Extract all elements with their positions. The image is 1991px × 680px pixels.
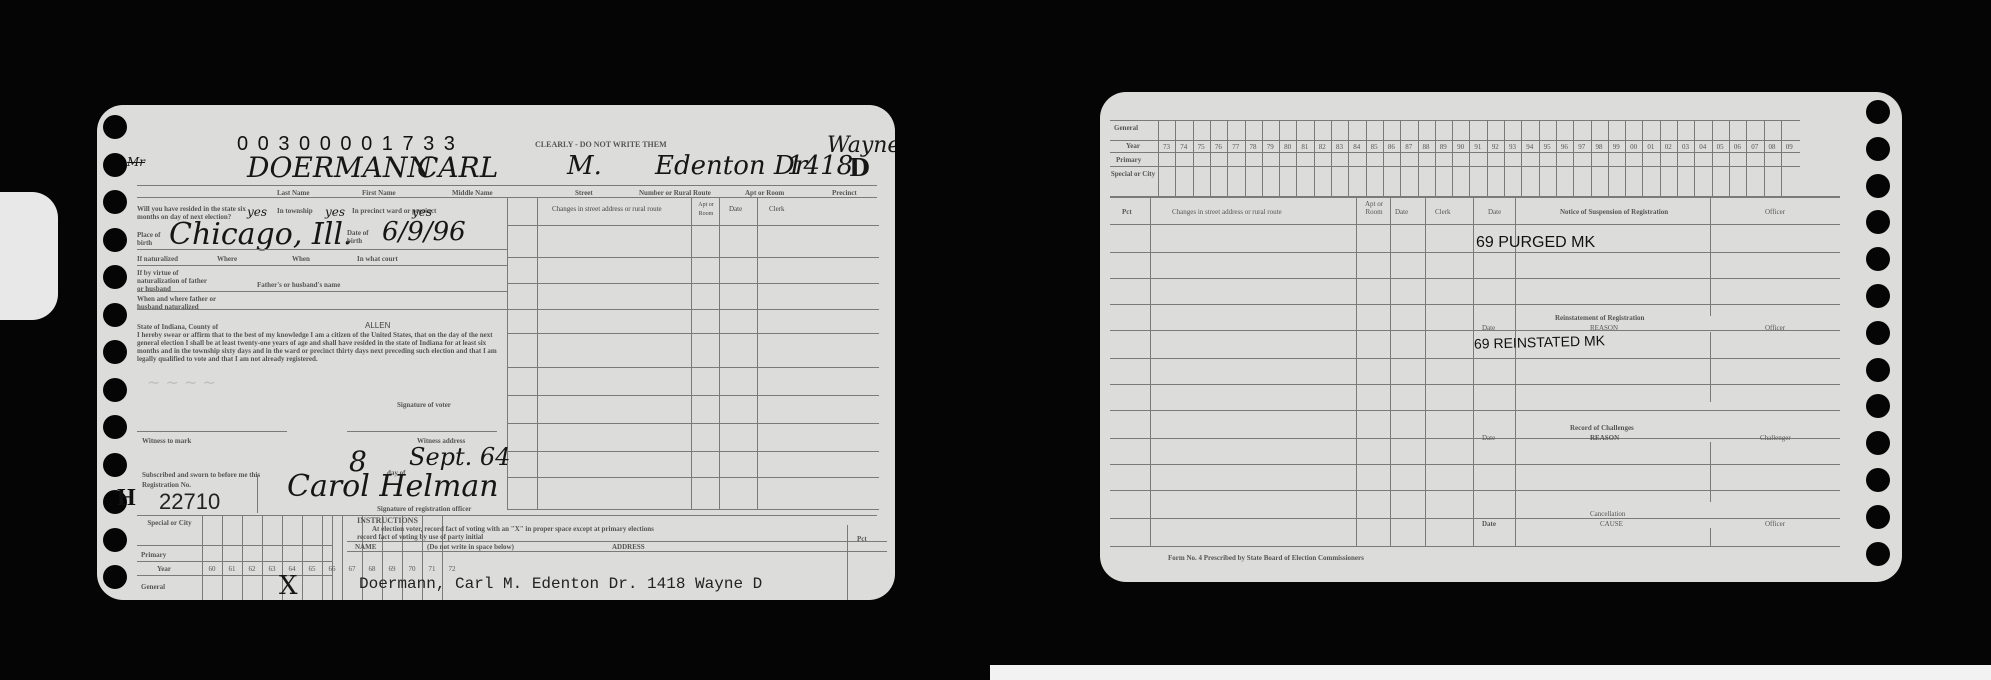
grid-year-label: 79 bbox=[1262, 143, 1279, 151]
row-divider bbox=[1110, 358, 1840, 359]
row-divider bbox=[1110, 278, 1840, 279]
challenges-header-reason: REASON bbox=[1590, 434, 1619, 442]
punch-hole-icon bbox=[1866, 542, 1890, 566]
grid-year-label: 71 bbox=[422, 565, 442, 573]
row-divider bbox=[1110, 224, 1840, 225]
punch-hole-icon bbox=[1866, 394, 1890, 418]
grid-col-divider bbox=[1660, 120, 1661, 196]
grid-year-label: 96 bbox=[1556, 143, 1573, 151]
grid-col-divider bbox=[202, 515, 203, 600]
cancellation-header-officer: Officer bbox=[1765, 520, 1785, 528]
grid-label-general: General bbox=[141, 583, 165, 591]
suspension-entry: 69 PURGED MK bbox=[1476, 234, 1595, 252]
label-number: Number or Rural Route bbox=[639, 189, 711, 197]
changes-header-apt: Apt or Room bbox=[1358, 200, 1390, 216]
row-divider bbox=[507, 451, 879, 452]
grid-col-divider bbox=[1158, 120, 1159, 196]
grid-col-divider bbox=[1487, 120, 1488, 196]
grid-col-divider bbox=[1746, 120, 1747, 196]
label-date-of-birth: Date of birth bbox=[347, 229, 377, 245]
punch-hole-icon bbox=[103, 340, 127, 364]
grid-year-label: 72 bbox=[442, 565, 462, 573]
label-place-of-birth: Place of birth bbox=[137, 231, 167, 247]
grid-col-divider bbox=[1435, 120, 1436, 196]
scan-edge-strip bbox=[990, 665, 1991, 680]
punch-hole-icon bbox=[103, 115, 127, 139]
grid-year-label: 84 bbox=[1348, 143, 1365, 151]
label-apt: Apt or Room bbox=[745, 189, 784, 197]
grid-year-label: 85 bbox=[1366, 143, 1383, 151]
row-divider bbox=[507, 423, 879, 424]
reinstatement-header-reason: REASON bbox=[1590, 324, 1618, 332]
label-registration-no: Registration No. bbox=[142, 481, 191, 489]
voter-signature-faint: ~ ~ ~ ~ bbox=[147, 373, 216, 392]
grid-year-label: 94 bbox=[1521, 143, 1538, 151]
grid-col-divider bbox=[1418, 120, 1419, 196]
label-witness-mark: Witness to mark bbox=[142, 437, 191, 445]
grid-year-label: 88 bbox=[1418, 143, 1435, 151]
changes-header: Changes in street address or rural route bbox=[552, 205, 662, 214]
grid-col-divider bbox=[1781, 120, 1782, 196]
grid-year-label: 99 bbox=[1608, 143, 1625, 151]
grid-col-divider bbox=[1210, 120, 1211, 196]
grid-col-divider bbox=[1712, 120, 1713, 196]
grid-year-label: 05 bbox=[1712, 143, 1729, 151]
row-divider bbox=[1110, 464, 1840, 465]
row-divider bbox=[1110, 330, 1840, 331]
punch-hole-icon bbox=[103, 565, 127, 589]
grid-col-divider bbox=[1348, 120, 1349, 196]
grid-col-divider bbox=[1175, 120, 1176, 196]
cancellation-header-date: Date bbox=[1482, 520, 1496, 528]
punch-hole-icon bbox=[103, 303, 127, 327]
precinct-value: D bbox=[849, 153, 870, 182]
grid-year-label: 69 bbox=[382, 565, 402, 573]
punch-hole-icon bbox=[1866, 174, 1890, 198]
form-footer: Form No. 4 Prescribed by State Board of … bbox=[1168, 554, 1364, 562]
grid-year-label: 70 bbox=[402, 565, 422, 573]
label-signature-officer: Signature of registration officer bbox=[377, 505, 471, 513]
row-divider bbox=[1110, 518, 1840, 519]
grid-label-special: Special or City bbox=[137, 519, 202, 527]
punch-hole-icon bbox=[103, 190, 127, 214]
grid-col-divider bbox=[1573, 120, 1574, 196]
grid-col-divider bbox=[1729, 120, 1730, 196]
row-divider bbox=[507, 333, 879, 334]
grid-year-label: 02 bbox=[1660, 143, 1677, 151]
row-divider bbox=[507, 309, 879, 310]
grid-year-label: 04 bbox=[1694, 143, 1711, 151]
grid-year-label: 95 bbox=[1539, 143, 1556, 151]
row-divider bbox=[507, 257, 879, 258]
punch-hole-icon bbox=[1866, 284, 1890, 308]
grid-col-divider bbox=[1539, 120, 1540, 196]
general-vote-mark: X bbox=[279, 571, 298, 600]
grid-col-divider bbox=[1556, 120, 1557, 196]
scan-glare bbox=[0, 192, 58, 320]
grid-year-label: 06 bbox=[1729, 143, 1746, 151]
label-last-name: Last Name bbox=[277, 189, 309, 197]
first-name-value: CARL bbox=[417, 151, 498, 184]
grid-year-label: 65 bbox=[302, 565, 322, 573]
grid-year-label: 08 bbox=[1764, 143, 1781, 151]
grid-col-divider bbox=[1314, 120, 1315, 196]
suspension-header-officer: Officer bbox=[1765, 208, 1785, 216]
registration-number: 22710 bbox=[159, 489, 220, 515]
grid-label-year: Year bbox=[157, 565, 171, 573]
grid-year-label: 98 bbox=[1591, 143, 1608, 151]
row-divider bbox=[1110, 384, 1840, 385]
date-of-birth-value: 6/9/96 bbox=[382, 217, 466, 247]
row-divider bbox=[1110, 546, 1840, 547]
grid-year-label: 66 bbox=[322, 565, 342, 573]
punch-hole-icon bbox=[103, 378, 127, 402]
reinstatement-title: Reinstatement of Registration bbox=[1555, 314, 1644, 322]
changes-header-pct: Pct bbox=[1122, 208, 1132, 216]
clerk-header: Clerk bbox=[769, 205, 785, 214]
grid-year-label: 03 bbox=[1677, 143, 1694, 151]
row-divider bbox=[1110, 410, 1840, 411]
sworn-month-year-value: Sept. 64 bbox=[409, 443, 510, 471]
challenges-title: Record of Challenges bbox=[1570, 424, 1634, 432]
punch-hole-icon bbox=[103, 228, 127, 252]
label-in-what-court: In what court bbox=[357, 255, 398, 263]
row-divider bbox=[1110, 304, 1840, 305]
grid-year-label: 68 bbox=[362, 565, 382, 573]
registration-card-front: 0 0 3 0 0 0 0 1 7 3 3 CLEARLY - DO NOT W… bbox=[97, 105, 895, 600]
punch-hole-icon bbox=[1866, 358, 1890, 382]
registration-card-back: General Year Primary Special or City 737… bbox=[1100, 92, 1902, 582]
row-divider bbox=[1110, 438, 1840, 439]
instructions-do-not-write: (Do not write in space below) bbox=[427, 543, 514, 551]
label-street: Street bbox=[575, 189, 593, 197]
grid-year-label: 07 bbox=[1746, 143, 1763, 151]
grid-col-divider bbox=[222, 515, 223, 600]
label-signature-voter: Signature of voter bbox=[397, 401, 451, 409]
grid-col-divider bbox=[342, 515, 343, 600]
instructions-name-label: NAME bbox=[355, 543, 376, 551]
last-name-value: DOERMANN bbox=[247, 151, 432, 184]
label-subscribed: Subscribed and sworn to before me this bbox=[142, 471, 260, 479]
grid-year-label: 93 bbox=[1504, 143, 1521, 151]
grid-year-label: 80 bbox=[1279, 143, 1296, 151]
row-divider bbox=[507, 477, 879, 478]
punch-hole-icon bbox=[103, 265, 127, 289]
grid-col-divider bbox=[1591, 120, 1592, 196]
title-mr-struck: Mr bbox=[127, 155, 145, 169]
grid-col-divider bbox=[1677, 120, 1678, 196]
label-resided-township: In township bbox=[277, 207, 313, 215]
grid-label-primary: Primary bbox=[141, 551, 166, 559]
instructions-pct-label: Pct bbox=[857, 535, 867, 543]
challenges-header-challenger: Challenger bbox=[1760, 434, 1791, 442]
date-header: Date bbox=[729, 205, 742, 214]
grid-year-label: 09 bbox=[1781, 143, 1798, 151]
grid-year-label: 92 bbox=[1487, 143, 1504, 151]
label-where: Where bbox=[217, 255, 237, 263]
suspension-header-date: Date bbox=[1488, 208, 1501, 216]
grid-year-label: 86 bbox=[1383, 143, 1400, 151]
grid-col-divider bbox=[1227, 120, 1228, 196]
grid-year-label: 77 bbox=[1227, 143, 1244, 151]
grid-year-label: 83 bbox=[1331, 143, 1348, 151]
grid-col-divider bbox=[322, 515, 323, 600]
row-divider bbox=[507, 225, 879, 226]
grid-year-label: 61 bbox=[222, 565, 242, 573]
grid-year-label: 73 bbox=[1158, 143, 1175, 151]
grid-year-label: 87 bbox=[1400, 143, 1417, 151]
grid-year-label: 89 bbox=[1435, 143, 1452, 151]
label-when: When bbox=[292, 255, 310, 263]
grid-col-divider bbox=[1694, 120, 1695, 196]
label-first-name: First Name bbox=[362, 189, 396, 197]
reinstatement-header-officer: Officer bbox=[1765, 324, 1785, 332]
grid-col-divider bbox=[1504, 120, 1505, 196]
row-divider bbox=[507, 367, 879, 368]
grid-label-year-r: Year bbox=[1126, 142, 1140, 150]
grid-label-general-r: General bbox=[1114, 124, 1138, 132]
row-divider bbox=[507, 509, 879, 510]
punch-hole-icon bbox=[1866, 247, 1890, 271]
grid-label-special-r: Special or City bbox=[1110, 170, 1156, 178]
suspension-header-notice: Notice of Suspension of Registration bbox=[1560, 208, 1668, 216]
place-of-birth-value: Chicago, Ill. bbox=[169, 217, 352, 252]
grid-col-divider bbox=[1279, 120, 1280, 196]
grid-col-divider bbox=[1625, 120, 1626, 196]
reinstatement-entry: 69 REINSTATED MK bbox=[1474, 332, 1605, 351]
label-state-county: State of Indiana, County of bbox=[137, 323, 218, 331]
punch-hole-icon bbox=[103, 153, 127, 177]
grid-col-divider bbox=[1366, 120, 1367, 196]
grid-col-divider bbox=[1764, 120, 1765, 196]
grid-col-divider bbox=[1469, 120, 1470, 196]
punch-hole-icon bbox=[1866, 321, 1890, 345]
grid-year-label: 62 bbox=[242, 565, 262, 573]
punch-hole-icon bbox=[103, 453, 127, 477]
grid-col-divider bbox=[1642, 120, 1643, 196]
label-precinct: Precinct bbox=[832, 189, 857, 197]
row-divider bbox=[507, 283, 879, 284]
grid-year-label: 75 bbox=[1193, 143, 1210, 151]
grid-year-label: 81 bbox=[1296, 143, 1313, 151]
punch-hole-icon bbox=[1866, 210, 1890, 234]
grid-col-divider bbox=[1245, 120, 1246, 196]
instructions-title: INSTRUCTIONS bbox=[357, 517, 418, 525]
challenges-header-date: Date bbox=[1482, 434, 1495, 442]
grid-year-label: 67 bbox=[342, 565, 362, 573]
punch-hole-icon bbox=[103, 528, 127, 552]
punch-hole-icon bbox=[1866, 100, 1890, 124]
reinstatement-header-date: Date bbox=[1482, 324, 1495, 332]
officer-signature: Carol Helman bbox=[287, 469, 499, 504]
registration-letter: H bbox=[117, 485, 136, 512]
grid-year-label: 01 bbox=[1642, 143, 1659, 151]
changes-header-clerk: Clerk bbox=[1435, 208, 1451, 216]
grid-col-divider bbox=[302, 515, 303, 600]
grid-year-label: 76 bbox=[1210, 143, 1227, 151]
grid-year-label: 78 bbox=[1245, 143, 1262, 151]
label-fathers-name: Father's or husband's name bbox=[257, 281, 340, 289]
label-naturalized: If naturalized bbox=[137, 255, 178, 263]
punch-hole-icon bbox=[103, 415, 127, 439]
grid-row-divider bbox=[137, 575, 332, 576]
label-middle-name: Middle Name bbox=[452, 189, 493, 197]
grid-col-divider bbox=[1262, 120, 1263, 196]
row-divider bbox=[1110, 252, 1840, 253]
apt-room-header: Apt or Room bbox=[694, 201, 718, 219]
grid-year-label: 00 bbox=[1625, 143, 1642, 151]
grid-year-label: 97 bbox=[1573, 143, 1590, 151]
grid-col-divider bbox=[1400, 120, 1401, 196]
row-divider bbox=[507, 395, 879, 396]
instructions-address-label: ADDRESS bbox=[612, 543, 645, 551]
number-value: 1418 bbox=[787, 151, 853, 181]
grid-col-divider bbox=[1296, 120, 1297, 196]
changes-header-date: Date bbox=[1395, 208, 1408, 216]
grid-col-divider bbox=[1608, 120, 1609, 196]
grid-col-divider bbox=[242, 515, 243, 600]
grid-year-label: 90 bbox=[1452, 143, 1469, 151]
cancellation-header-cause: CAUSE bbox=[1600, 520, 1623, 528]
grid-year-label: 82 bbox=[1314, 143, 1331, 151]
print-instruction: CLEARLY - DO NOT WRITE THEM bbox=[535, 141, 667, 149]
grid-col-divider bbox=[1193, 120, 1194, 196]
grid-label-primary-r: Primary bbox=[1116, 156, 1141, 164]
typed-name-address: Doermann, Carl M. Edenton Dr. 1418 Wayne… bbox=[359, 575, 762, 593]
street-value: Edenton Dr bbox=[655, 151, 807, 181]
changes-header-address: Changes in street address or rural route bbox=[1172, 208, 1282, 216]
grid-col-divider bbox=[1383, 120, 1384, 196]
punch-hole-icon bbox=[1866, 431, 1890, 455]
grid-col-divider bbox=[1452, 120, 1453, 196]
cancellation-title: Cancellation bbox=[1590, 510, 1625, 518]
instructions-text-1: At election voter, record fact of voting… bbox=[372, 525, 654, 533]
grid-year-label: 74 bbox=[1175, 143, 1192, 151]
punch-hole-icon bbox=[1866, 468, 1890, 492]
punch-hole-icon bbox=[1866, 137, 1890, 161]
instructions-text-2: record fact of voting by use of party in… bbox=[357, 533, 483, 541]
grid-year-label: 60 bbox=[202, 565, 222, 573]
county-value: ALLEN bbox=[365, 321, 390, 330]
oath-text: I hereby swear or affirm that to the bes… bbox=[137, 331, 502, 363]
grid-row-divider bbox=[137, 561, 332, 562]
grid-col-divider bbox=[262, 515, 263, 600]
label-by-virtue: If by virtue of naturalization of father… bbox=[137, 269, 207, 293]
row-divider bbox=[1110, 490, 1840, 491]
punch-hole-icon bbox=[1866, 505, 1890, 529]
grid-col-divider bbox=[1331, 120, 1332, 196]
grid-col-divider bbox=[1521, 120, 1522, 196]
grid-row-divider bbox=[137, 545, 332, 546]
grid-year-label: 91 bbox=[1469, 143, 1486, 151]
middle-name-value: M. bbox=[567, 151, 602, 181]
